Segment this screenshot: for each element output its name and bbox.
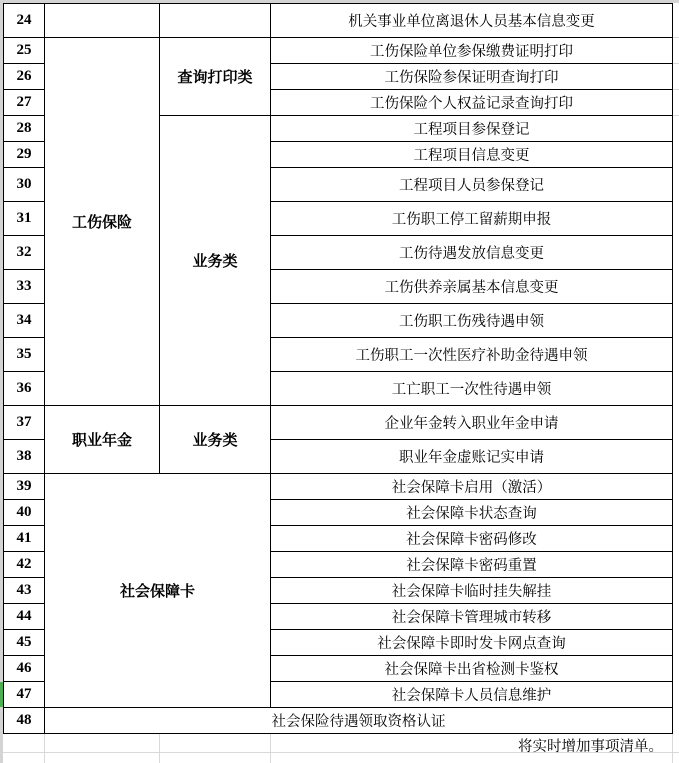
row-number: 41 (4, 526, 45, 552)
row-number: 24 (4, 4, 45, 38)
gridline (672, 115, 679, 116)
row-number: 48 (4, 708, 45, 734)
item-cell[interactable]: 工伤供养亲属基本信息变更 (271, 270, 673, 304)
item-cell[interactable]: 社会保障卡临时挂失解挂 (271, 578, 673, 604)
row-number: 31 (4, 202, 45, 236)
item-cell[interactable]: 工伤保险单位参保缴费证明打印 (271, 38, 673, 64)
subcategory-annuity-business[interactable]: 业务类 (160, 406, 271, 474)
item-cell[interactable]: 社会保障卡状态查询 (271, 500, 673, 526)
gridline (270, 733, 271, 763)
item-cell[interactable]: 工伤职工停工留薪期申报 (271, 202, 673, 236)
row-number: 33 (4, 270, 45, 304)
row-number: 45 (4, 630, 45, 656)
row-number: 40 (4, 500, 45, 526)
item-cell[interactable]: 社会保险待遇领取资格认证 (45, 708, 673, 734)
item-cell[interactable]: 社会保障卡出省检测卡鉴权 (271, 656, 673, 682)
item-cell[interactable]: 职业年金虚账记实申请 (271, 440, 673, 474)
table-row[interactable]: 39 社会保障卡 社会保障卡启用（激活） (4, 474, 673, 500)
gridline (672, 37, 679, 38)
row-number: 28 (4, 116, 45, 142)
item-cell[interactable]: 工伤职工一次性医疗补助金待遇申领 (271, 338, 673, 372)
item-cell[interactable]: 社会保障卡密码修改 (271, 526, 673, 552)
row-number: 46 (4, 656, 45, 682)
table-row[interactable]: 24 机关事业单位离退休人员基本信息变更 (4, 4, 673, 38)
item-cell[interactable]: 工伤待遇发放信息变更 (271, 236, 673, 270)
item-cell[interactable]: 工伤保险个人权益记录查询打印 (271, 90, 673, 116)
item-cell[interactable]: 机关事业单位离退休人员基本信息变更 (271, 4, 673, 38)
row-number: 29 (4, 142, 45, 168)
row-number: 44 (4, 604, 45, 630)
item-cell[interactable]: 工伤保险参保证明查询打印 (271, 64, 673, 90)
table-row[interactable]: 25 工伤保险 查询打印类 工伤保险单位参保缴费证明打印 (4, 38, 673, 64)
subcategory-business[interactable]: 业务类 (160, 116, 271, 406)
item-cell[interactable]: 社会保障卡人员信息维护 (271, 682, 673, 708)
gridline (159, 733, 160, 763)
item-cell[interactable]: 工程项目参保登记 (271, 116, 673, 142)
row-number: 32 (4, 236, 45, 270)
table-row[interactable]: 48 社会保险待遇领取资格认证 (4, 708, 673, 734)
row-number: 37 (4, 406, 45, 440)
item-cell[interactable]: 社会保障卡密码重置 (271, 552, 673, 578)
row-number: 42 (4, 552, 45, 578)
item-cell[interactable]: 企业年金转入职业年金申请 (271, 406, 673, 440)
item-cell[interactable]: 社会保障卡启用（激活） (271, 474, 673, 500)
category-cell (45, 4, 160, 38)
category-social-security-card[interactable]: 社会保障卡 (45, 474, 271, 708)
row-number: 39 (4, 474, 45, 500)
item-cell[interactable]: 工程项目人员参保登记 (271, 168, 673, 202)
gridline (672, 63, 679, 64)
table-row[interactable]: 37 职业年金 业务类 企业年金转入职业年金申请 (4, 406, 673, 440)
subcategory-cell (160, 4, 271, 38)
item-cell[interactable]: 工伤职工伤残待遇申领 (271, 304, 673, 338)
category-work-injury[interactable]: 工伤保险 (45, 38, 160, 406)
row-number: 26 (4, 64, 45, 90)
row-number: 30 (4, 168, 45, 202)
service-items-table: 24 机关事业单位离退休人员基本信息变更 25 工伤保险 查询打印类 工伤保险单… (3, 3, 673, 734)
item-cell[interactable]: 社会保障卡管理城市转移 (271, 604, 673, 630)
row-number: 35 (4, 338, 45, 372)
footer-note: 将实时增加事项清单。 (518, 735, 663, 756)
row-number: 43 (4, 578, 45, 604)
row-number: 34 (4, 304, 45, 338)
row-number: 25 (4, 38, 45, 64)
item-cell[interactable]: 工程项目信息变更 (271, 142, 673, 168)
row-number: 38 (4, 440, 45, 474)
item-cell[interactable]: 社会保障卡即时发卡网点查询 (271, 630, 673, 656)
gridline (672, 89, 679, 90)
subcategory-query-print[interactable]: 查询打印类 (160, 38, 271, 116)
row-number: 36 (4, 372, 45, 406)
row-number: 27 (4, 90, 45, 116)
item-cell[interactable]: 工亡职工一次性待遇申领 (271, 372, 673, 406)
gridline (44, 733, 45, 763)
category-occupational-annuity[interactable]: 职业年金 (45, 406, 160, 474)
gridline (672, 733, 673, 763)
row-number: 47 (4, 682, 45, 708)
